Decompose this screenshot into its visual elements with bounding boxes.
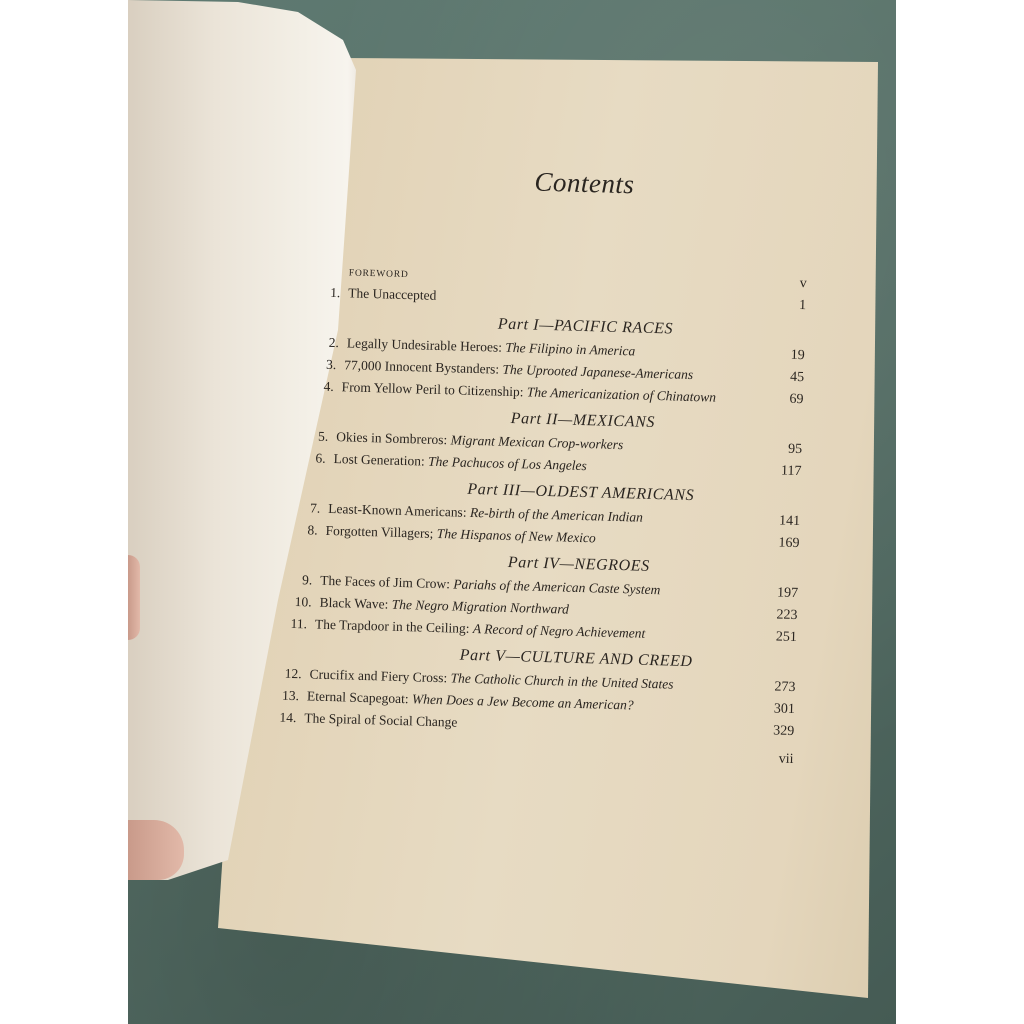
chapter-subtitle: The Pachucos of Los Angeles bbox=[428, 454, 587, 473]
chapter-title: Forgotten Villagers; bbox=[325, 523, 433, 541]
chapter-subtitle: When Does a Jew Become an American? bbox=[412, 691, 634, 712]
page-number: 19 bbox=[790, 345, 805, 367]
chapter-number: 2. bbox=[315, 331, 340, 354]
chapter-number: 5. bbox=[304, 425, 329, 448]
chapter-number: 13. bbox=[275, 685, 300, 708]
finger-top bbox=[128, 555, 140, 640]
chapter-subtitle: Pariahs of the American Caste System bbox=[453, 576, 660, 597]
chapter-subtitle: The Hispanos of New Mexico bbox=[437, 526, 596, 545]
chapter-subtitle: The Americanization of Chinatown bbox=[527, 384, 716, 404]
page-number: 273 bbox=[774, 676, 796, 699]
chapter-title: The Spiral of Social Change bbox=[304, 710, 457, 729]
chapter-subtitle: Re-birth of the American Indian bbox=[470, 505, 643, 525]
foreword-label: FOREWORD bbox=[297, 267, 409, 280]
chapter-number: 14. bbox=[272, 706, 297, 729]
page-number: 45 bbox=[790, 367, 805, 389]
chapter-number: 4. bbox=[309, 375, 334, 398]
chapter-subtitle: The Catholic Church in the United States bbox=[450, 670, 673, 691]
page-number: 223 bbox=[776, 604, 798, 627]
chapter-title: Least-Known Americans: bbox=[328, 501, 467, 520]
page-number: 69 bbox=[789, 389, 804, 411]
chapter-number: 8. bbox=[293, 519, 318, 542]
chapter-subtitle: A Record of Negro Achievement bbox=[473, 621, 646, 641]
chapter-subtitle: The Uprooted Japanese-Americans bbox=[502, 362, 693, 382]
chapter-title: Okies in Sombreros: bbox=[336, 429, 447, 447]
chapter-title: The Trapdoor in the Ceiling: bbox=[315, 617, 470, 636]
chapter-number: 11. bbox=[283, 613, 308, 636]
page-number: 251 bbox=[776, 626, 798, 649]
chapter-title: Crucifix and Fiery Cross: bbox=[309, 666, 447, 685]
chapter-number: 6. bbox=[301, 447, 326, 470]
page-number: 197 bbox=[777, 582, 799, 605]
page-number: v bbox=[799, 273, 807, 295]
chapter-subtitle: Migrant Mexican Crop-workers bbox=[450, 432, 623, 452]
chapter-title: Eternal Scapegoat: bbox=[307, 688, 409, 706]
chapter-title: Black Wave: bbox=[319, 595, 388, 612]
chapter-number: 10. bbox=[287, 591, 312, 614]
thumb-bottom bbox=[128, 820, 184, 880]
page-number: 141 bbox=[779, 511, 801, 534]
page-number: 301 bbox=[774, 698, 796, 721]
chapter-title: The Unaccepted bbox=[348, 285, 436, 302]
page-number: 117 bbox=[781, 461, 802, 484]
chapter-number: 3. bbox=[312, 353, 337, 376]
page-number: 329 bbox=[773, 720, 795, 743]
chapter-number: 9. bbox=[288, 569, 313, 592]
chapter-title: The Faces of Jim Crow: bbox=[320, 573, 450, 592]
page-number: 1 bbox=[799, 295, 807, 317]
chapter-subtitle: The Filipino in America bbox=[505, 340, 635, 359]
table-of-contents: Contents FOREWORD v 1.The Unaccepted 1 P… bbox=[283, 160, 809, 771]
chapter-title: Lost Generation: bbox=[333, 451, 424, 469]
chapter-number: 1. bbox=[316, 282, 341, 305]
chapter-number: 7. bbox=[296, 497, 321, 520]
chapter-subtitle: The Negro Migration Northward bbox=[392, 597, 570, 617]
chapter-number: 12. bbox=[277, 663, 302, 686]
folio-page-number: vii bbox=[778, 749, 793, 771]
page-number: 169 bbox=[778, 533, 800, 556]
chapter-title: Legally Undesirable Heroes: bbox=[347, 335, 503, 354]
chapter-title: From Yellow Peril to Citizenship: bbox=[341, 379, 523, 399]
page-number: 95 bbox=[788, 439, 803, 461]
chapter-title: 77,000 Innocent Bystanders: bbox=[344, 357, 499, 376]
